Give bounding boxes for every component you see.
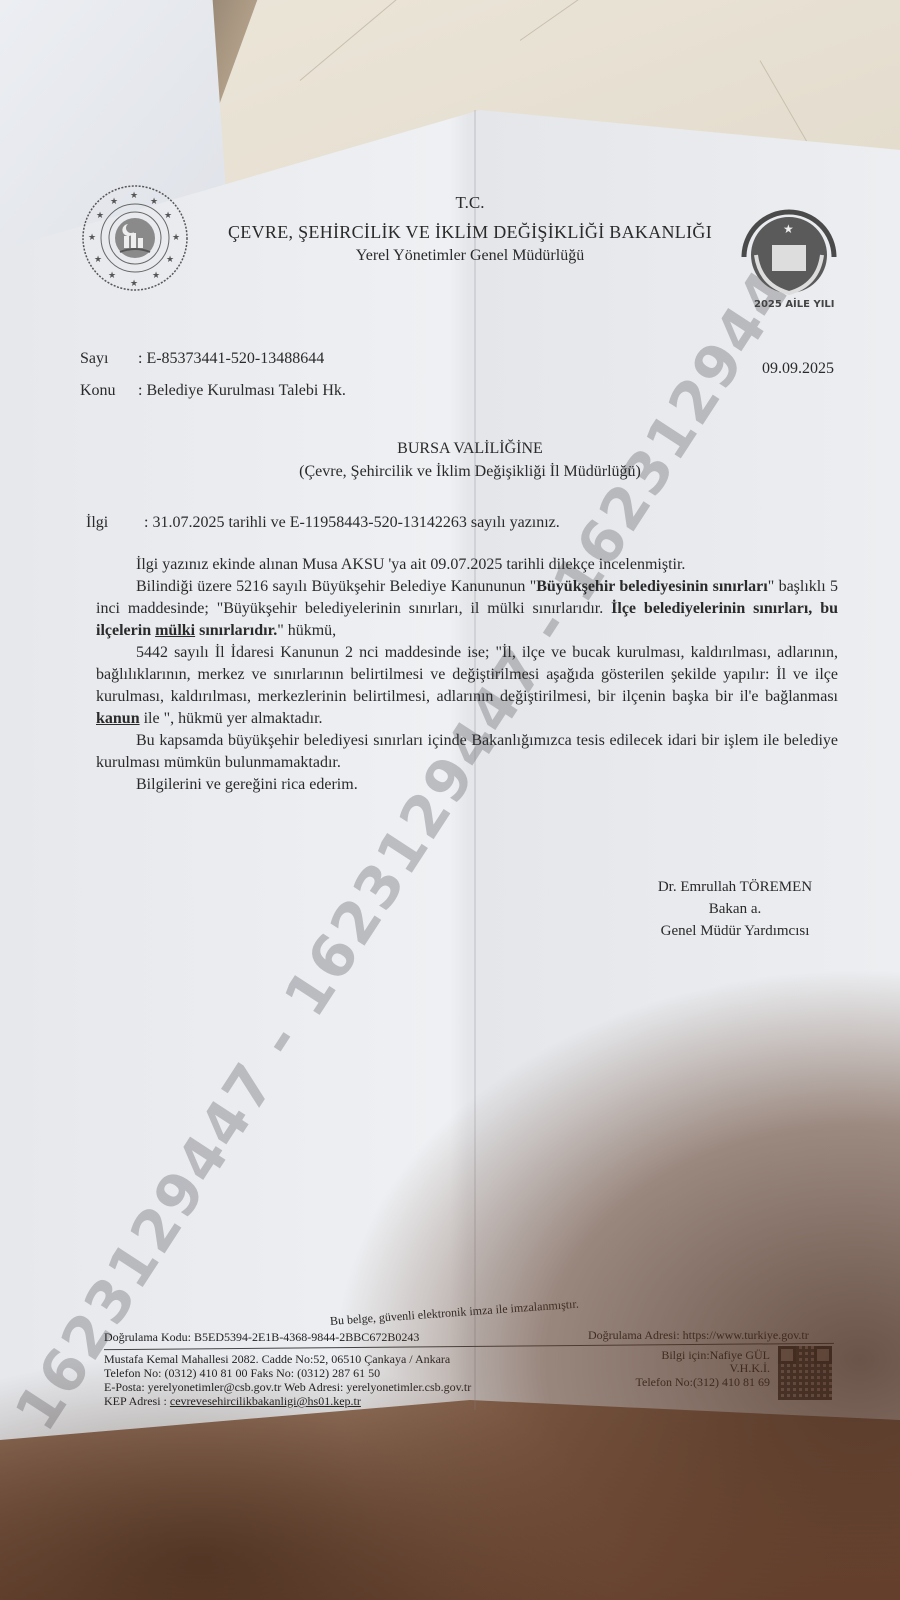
svg-text:★: ★ (108, 271, 116, 281)
svg-text:★: ★ (172, 233, 180, 243)
footer-phone-fax: Telefon No: (0312) 410 81 00 Faks No: (0… (104, 1366, 380, 1380)
footer-address: Mustafa Kemal Mahallesi 2082. Cadde No:5… (104, 1352, 450, 1366)
svg-text:★: ★ (130, 191, 138, 201)
document-date: 09.09.2025 (762, 360, 834, 378)
svg-text:★: ★ (110, 197, 118, 207)
svg-text:★: ★ (783, 222, 794, 236)
paragraph-1: İlgi yazınız ekinde alınan Musa AKSU 'ya… (96, 554, 838, 576)
sayi-label: Sayı (80, 350, 138, 368)
subject: Konu: Belediye Kurulması Talebi Hk. (80, 382, 346, 400)
document-number: Sayı: E-85373441-520-13488644 (80, 350, 324, 368)
svg-text:★: ★ (166, 255, 174, 265)
signature-block: Dr. Emrullah TÖREMEN Bakan a. Genel Müdü… (630, 876, 840, 942)
addressee-title: BURSA VALİLİĞİNE (220, 440, 720, 458)
footer-email-web: E-Posta: yerelyonetimler@csb.gov.tr Web … (104, 1380, 471, 1394)
paragraph-5: Bilgilerini ve gereğini rica ederim. (96, 774, 838, 796)
svg-text:2025 AİLE YILI: 2025 AİLE YILI (754, 296, 835, 310)
paragraph-3: 5442 sayılı İl İdaresi Kanunun 2 nci mad… (96, 642, 838, 730)
kep-address-link[interactable]: cevrevesehircilikbakanligi@hs01.kep.tr (170, 1394, 361, 1408)
signatory-title: Genel Müdür Yardımcısı (630, 920, 840, 942)
ministry-seal-icon: ★★★ ★★ ★★ ★★ ★★★ (80, 182, 190, 299)
verification-address: Doğrulama Adresi: https://www.turkiye.go… (588, 1328, 809, 1342)
sayi-value: : E-85373441-520-13488644 (138, 350, 324, 367)
ministry-name: ÇEVRE, ŞEHİRCİLİK VE İKLİM DEĞİŞİKLİĞİ B… (220, 222, 720, 243)
verification-code: Doğrulama Kodu: B5ED5394-2E1B-4368-9844-… (104, 1330, 419, 1344)
scratch (520, 0, 652, 41)
paragraph-4: Bu kapsamda büyükşehir belediyesi sınırl… (96, 730, 838, 774)
family-year-icon: ★ 2025 AİLE YILI (734, 197, 844, 322)
footer-kep: KEP Adresi : cevrevesehircilikbakanligi@… (104, 1394, 361, 1408)
ilgi-label: İlgi (86, 514, 144, 532)
info-contact: Bilgi için:Nafiye GÜL (600, 1348, 770, 1362)
svg-text:★: ★ (88, 233, 96, 243)
svg-text:★: ★ (96, 211, 104, 221)
scratch (300, 0, 408, 81)
signatory-name: Dr. Emrullah TÖREMEN (630, 876, 840, 898)
reference: İlgi: 31.07.2025 tarihli ve E-11958443-5… (86, 514, 560, 532)
ilgi-value: : 31.07.2025 tarihli ve E-11958443-520-1… (144, 514, 560, 531)
info-phone: Telefon No:(312) 410 81 69 (600, 1375, 770, 1389)
svg-text:★: ★ (150, 197, 158, 207)
svg-text:★: ★ (130, 279, 138, 289)
qr-code-icon (778, 1346, 832, 1400)
svg-text:★: ★ (94, 255, 102, 265)
addressee-subtitle: (Çevre, Şehircilik ve İklim Değişikliği … (220, 463, 720, 481)
konu-value: : Belediye Kurulması Talebi Hk. (138, 382, 346, 399)
konu-label: Konu (80, 382, 138, 400)
signatory-on-behalf: Bakan a. (630, 898, 840, 920)
svg-text:★: ★ (152, 271, 160, 281)
svg-text:★: ★ (164, 211, 172, 221)
directorate-name: Yerel Yönetimler Genel Müdürlüğü (220, 247, 720, 265)
paragraph-2: Bilindiği üzere 5216 sayılı Büyükşehir B… (96, 576, 838, 642)
info-title: V.H.K.İ. (600, 1361, 770, 1375)
header-tc: T.C. (220, 193, 720, 213)
letter-body: İlgi yazınız ekinde alınan Musa AKSU 'ya… (96, 554, 838, 796)
